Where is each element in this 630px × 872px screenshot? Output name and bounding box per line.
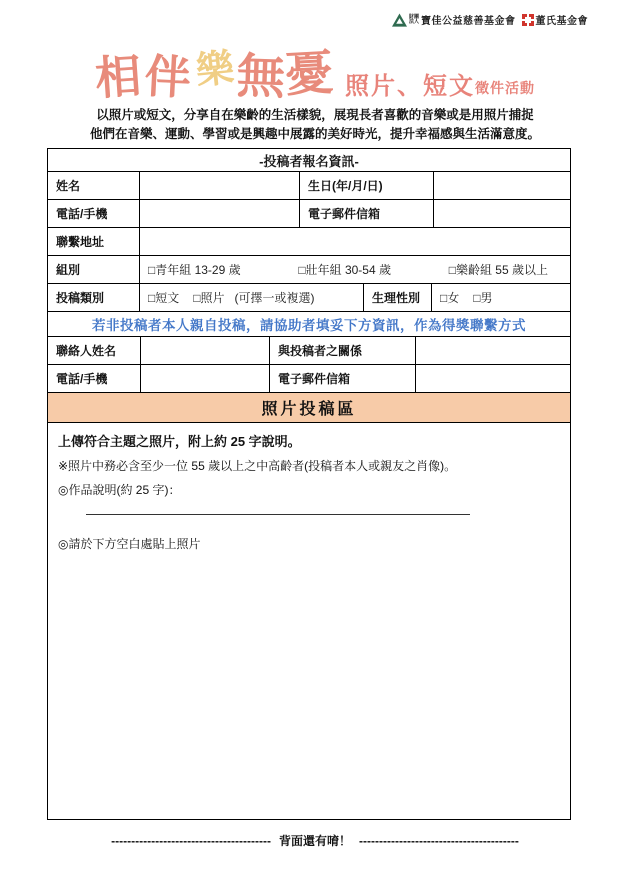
event-title-calligraphy: 相 伴 樂 無 憂 [95,38,333,107]
address-label: 聯繫地址 [48,228,139,255]
birthday-label: 生日(年/月/日) [299,172,433,199]
foundation-prefix: 財團 法人 [409,15,419,25]
contact-phone-label: 電話/手機 [48,365,140,392]
baojia-foundation-name: 寶佳公益慈善基金會 [421,12,516,27]
contact-email-input-cell[interactable] [415,365,570,392]
intro-paragraph: 以照片或短文，分享自在樂齡的生活樣貌，展現長者喜歡的音樂或是用照片捕捉 他們在音… [0,106,630,144]
jtf-foundation-name: 董氏基金會 [536,12,589,27]
relationship-label: 與投稿者之關係 [269,337,415,364]
group-label: 組別 [48,256,139,283]
foundation-logo-jtf: 董氏基金會 [522,12,589,27]
table-row: 聯繫地址 [48,227,570,255]
checkbox-photo[interactable]: □照片 [193,289,224,306]
contact-email-label: 電子郵件信箱 [269,365,415,392]
event-subtitle: 照片、短文 [345,66,475,107]
photo-area-content: 上傳符合主題之照片，附上約 25 字說明。 ※照片中務必含至少一位 55 歲以上… [48,423,480,819]
intro-line-1: 以照片或短文，分享自在樂齡的生活樣貌，展現長者喜歡的音樂或是用照片捕捉 [0,106,630,125]
photo-upload-instruction: 上傳符合主題之照片，附上約 25 字說明。 [58,431,470,450]
photo-submission-area: 上傳符合主題之照片，附上約 25 字說明。 ※照片中務必含至少一位 55 歲以上… [48,422,570,819]
photo-section-title: 照片投稿區 [48,393,570,422]
title-char: 憂 [283,34,335,105]
checkbox-youth-group[interactable]: □青年組 13-29 歲 [148,261,241,278]
category-options-cell: □短文 □照片 (可擇一或複選) [139,284,363,311]
page-footer: ----------------------------------------… [0,832,630,849]
title-char: 樂 [193,36,237,95]
email-label: 電子郵件信箱 [299,200,433,227]
category-label: 投稿類別 [48,284,139,311]
header-logos: 財團 法人 寶佳公益慈善基金會 董氏基金會 [392,12,588,27]
gender-options-cell: □女 □男 [431,284,570,311]
footer-dashes-right: ---------------------------------------- [359,834,519,848]
address-input-cell[interactable] [139,228,570,255]
footer-dashes-left: ---------------------------------------- [111,834,271,848]
birthday-input-cell[interactable] [433,172,570,199]
photo-age-note: ※照片中務必含至少一位 55 歲以上之中高齡者(投稿者本人或親友之肖像)。 [58,457,470,474]
photo-paste-instruction: ◎請於下方空白處貼上照片 [58,535,470,552]
relationship-input-cell[interactable] [415,337,570,364]
checkbox-male[interactable]: □男 [473,289,492,306]
contact-name-label: 聯絡人姓名 [48,337,140,364]
section-title: -投稿者報名資訊- [48,149,570,171]
event-subtitle-small: 徵件活動 [475,78,535,107]
table-row: 投稿類別 □短文 □照片 (可擇一或複選) 生理性別 □女 □男 [48,283,570,311]
checkbox-short-text[interactable]: □短文 [148,289,179,306]
checkbox-adult-group[interactable]: □壯年組 30-54 歲 [298,261,391,278]
title-char: 伴 [143,40,192,108]
email-input-cell[interactable] [433,200,570,227]
description-writing-line[interactable] [86,514,470,515]
registration-form-table: -投稿者報名資訊- 姓名 生日(年/月/日) 電話/手機 電子郵件信箱 聯繫地址… [47,148,571,820]
footer-text: 背面還有唷！ [279,832,351,849]
helper-notice-row: 若非投稿者本人親自投稿，請協助者填妥下方資訊，作為得獎聯繫方式 [48,311,570,336]
work-description-label: ◎作品說明(約 25 字)： [58,481,470,498]
table-row: 姓名 生日(年/月/日) [48,171,570,199]
name-input-cell[interactable] [139,172,299,199]
table-row: 電話/手機 電子郵件信箱 [48,199,570,227]
contact-name-input-cell[interactable] [140,337,269,364]
table-row: 聯絡人姓名 與投稿者之關係 [48,336,570,364]
jtf-pinwheel-icon [522,14,534,26]
contact-phone-input-cell[interactable] [140,365,269,392]
checkbox-senior-group[interactable]: □樂齡組 55 歲以上 [449,261,548,278]
phone-input-cell[interactable] [139,200,299,227]
intro-line-2: 他們在音樂、運動、學習或是興趣中展露的美好時光，提升幸福感與生活滿意度。 [0,125,630,144]
group-options-cell: □青年組 13-29 歲 □壯年組 30-54 歲 □樂齡組 55 歲以上 [139,256,570,283]
photo-section-header-row: 照片投稿區 [48,392,570,422]
title-char: 相 [93,39,143,108]
event-title: 相 伴 樂 無 憂 照片、短文 徵件活動 [0,38,630,107]
baojia-triangle-icon [392,13,407,27]
checkbox-female[interactable]: □女 [440,289,459,306]
helper-notice-text: 若非投稿者本人親自投稿，請協助者填妥下方資訊，作為得獎聯繫方式 [48,312,570,336]
title-char: 無 [236,37,286,108]
category-note: (可擇一或複選) [235,289,315,306]
table-row: 組別 □青年組 13-29 歲 □壯年組 30-54 歲 □樂齡組 55 歲以上 [48,255,570,283]
foundation-logo-baojia: 財團 法人 寶佳公益慈善基金會 [392,12,516,27]
section-header-row: -投稿者報名資訊- [48,149,570,171]
phone-label: 電話/手機 [48,200,139,227]
name-label: 姓名 [48,172,139,199]
table-row: 電話/手機 電子郵件信箱 [48,364,570,392]
gender-label: 生理性別 [363,284,431,311]
